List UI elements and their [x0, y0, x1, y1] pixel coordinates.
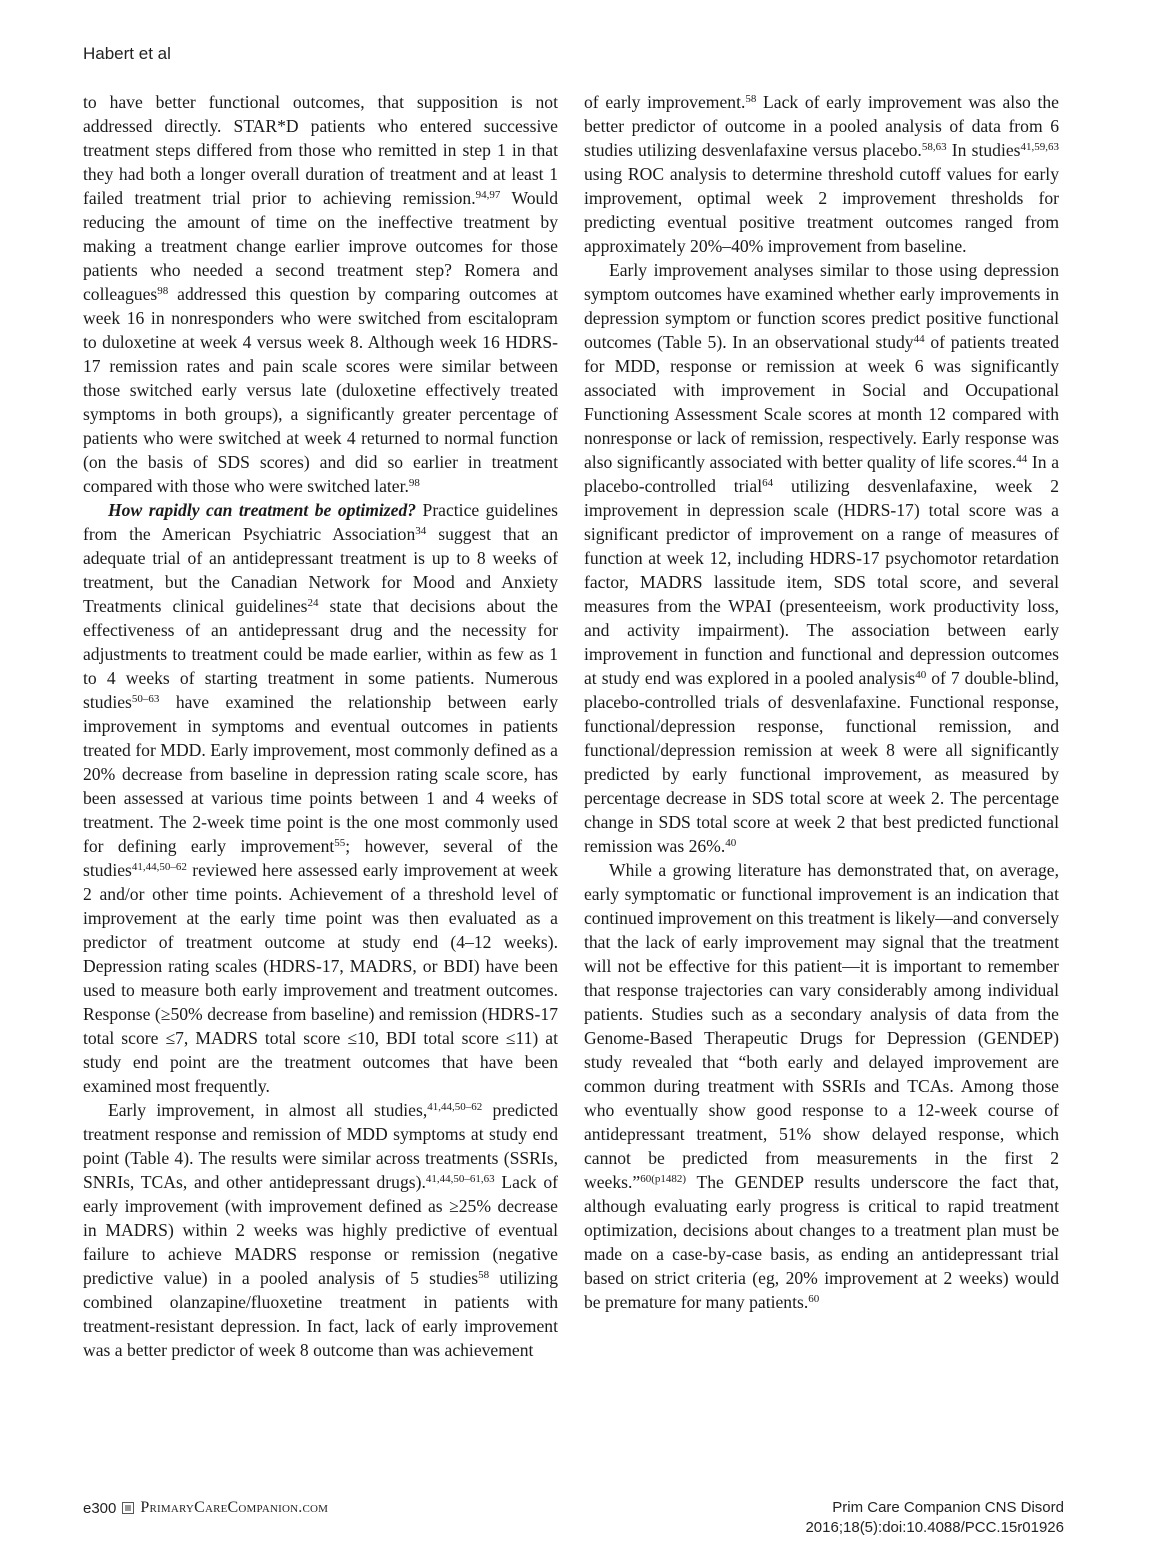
- left-column: to have better functional outcomes, that…: [83, 90, 558, 1362]
- citation-ref: 34: [415, 525, 426, 537]
- citation-ref: 40: [725, 837, 736, 849]
- paragraph: How rapidly can treatment be optimized? …: [83, 498, 558, 1098]
- citation-ref: 58,63: [922, 141, 947, 153]
- citation-ref: 44: [1016, 453, 1027, 465]
- paragraph: While a growing literature has demonstra…: [584, 858, 1059, 1314]
- square-bullet-icon: [122, 1502, 134, 1514]
- journal-website-link[interactable]: PrimaryCareCompanion.com: [140, 1499, 328, 1517]
- citation-ref: 44: [914, 333, 925, 345]
- citation-ref: 55: [334, 837, 345, 849]
- paragraph: to have better functional outcomes, that…: [83, 90, 558, 498]
- footer-right: Prim Care Companion CNS Disord 2016;18(5…: [805, 1498, 1064, 1538]
- citation-ref: 40: [915, 669, 926, 681]
- citation-ref: 24: [308, 597, 319, 609]
- citation-ref: 41,44,50–62: [427, 1101, 482, 1113]
- paragraph: of early improvement.58 Lack of early im…: [584, 90, 1059, 258]
- citation-ref: 58: [745, 93, 756, 105]
- citation-ref: 64: [762, 477, 773, 489]
- journal-name: Prim Care Companion CNS Disord: [805, 1498, 1064, 1518]
- citation-ref: 41,44,50–62: [132, 861, 187, 873]
- run-in-heading: How rapidly can treatment be optimized?: [108, 500, 416, 520]
- citation-ref: 94,97: [476, 189, 501, 201]
- paragraph: Early improvement analyses similar to th…: [584, 258, 1059, 858]
- article-body: to have better functional outcomes, that…: [83, 90, 1059, 1362]
- citation-ref: 60(p1482): [640, 1173, 686, 1185]
- doi-citation: 2016;18(5):doi:10.4088/PCC.15r01926: [805, 1518, 1064, 1538]
- right-column: of early improvement.58 Lack of early im…: [584, 90, 1059, 1362]
- citation-ref: 60: [808, 1293, 819, 1305]
- citation-ref: 50–63: [132, 693, 160, 705]
- paragraph: Early improvement, in almost all studies…: [83, 1098, 558, 1362]
- running-head: Habert et al: [83, 44, 171, 64]
- citation-ref: 41,59,63: [1021, 141, 1060, 153]
- citation-ref: 41,44,50–61,63: [426, 1173, 495, 1185]
- page-number: e300: [83, 1500, 116, 1517]
- citation-ref: 98: [157, 285, 168, 297]
- footer-left: e300 PrimaryCareCompanion.com: [83, 1499, 328, 1517]
- citation-ref: 98: [409, 477, 420, 489]
- citation-ref: 58: [478, 1269, 489, 1281]
